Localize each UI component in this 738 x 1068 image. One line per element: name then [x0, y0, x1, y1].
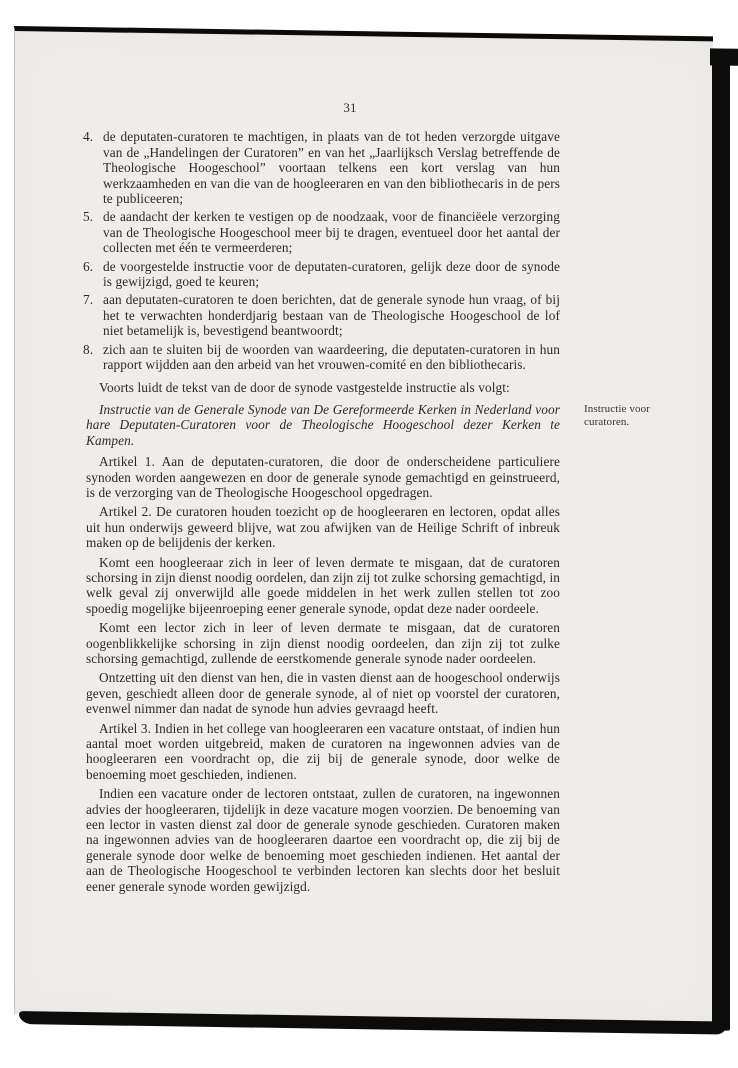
- body-paragraph: Artikel 2. De curatoren houden toezicht …: [86, 504, 560, 550]
- body-paragraph: Artikel 3. Indien in het college van hoo…: [86, 721, 560, 783]
- body-paragraph: Komt een lector zich in leer of leven de…: [86, 620, 560, 666]
- list-item-text: de deputaten-curatoren te machtigen, in …: [103, 129, 560, 206]
- list-item-text: zich aan te sluiten bij de woorden van w…: [103, 342, 560, 373]
- body-paragraph: Komt een hoogleeraar zich in leer of lev…: [86, 555, 560, 617]
- body-paragraph: Artikel 1. Aan de deputaten-curatoren, d…: [86, 454, 560, 500]
- intro-paragraph: Voorts luidt de tekst van de door de syn…: [86, 380, 560, 395]
- page-number: 31: [140, 100, 560, 115]
- text-block: 31 4. de deputaten-curatoren te machtige…: [83, 100, 560, 894]
- list-item-number: 7.: [83, 292, 103, 338]
- list-item-number: 5.: [83, 209, 103, 255]
- scanned-book-page: 31 4. de deputaten-curatoren te machtige…: [14, 26, 732, 1035]
- list-item-text: aan deputaten-curatoren te doen berichte…: [103, 292, 560, 338]
- margin-note: Instructie voor curatoren.: [584, 403, 670, 430]
- body-paragraph: Ontzetting uit den dienst van hen, die i…: [86, 670, 560, 716]
- list-item: 6. de voorgestelde instructie voor de de…: [83, 259, 560, 290]
- ordered-list: 4. de deputaten-curatoren te machtigen, …: [83, 129, 560, 372]
- instruction-title: Instructie van de Generale Synode van De…: [86, 402, 560, 448]
- list-item-number: 6.: [83, 259, 103, 290]
- list-item-number: 4.: [83, 129, 103, 206]
- list-item-text: de aandacht der kerken te vestigen op de…: [103, 209, 560, 255]
- list-item-text: de voorgestelde instructie voor de deput…: [103, 259, 560, 290]
- list-item-number: 8.: [83, 342, 103, 373]
- right-edge-shadow: [712, 50, 730, 1030]
- page-content: 31 4. de deputaten-curatoren te machtige…: [14, 26, 713, 1014]
- list-item: 5. de aandacht der kerken te vestigen op…: [83, 209, 560, 255]
- instruction-title-block: Instructie van de Generale Synode van De…: [83, 402, 560, 448]
- list-item: 7. aan deputaten-curatoren te doen beric…: [83, 292, 560, 338]
- list-item: 8. zich aan te sluiten bij de woorden va…: [83, 342, 560, 373]
- list-item: 4. de deputaten-curatoren te machtigen, …: [83, 129, 560, 206]
- body-paragraph: Indien een vacature onder de lectoren on…: [86, 786, 560, 894]
